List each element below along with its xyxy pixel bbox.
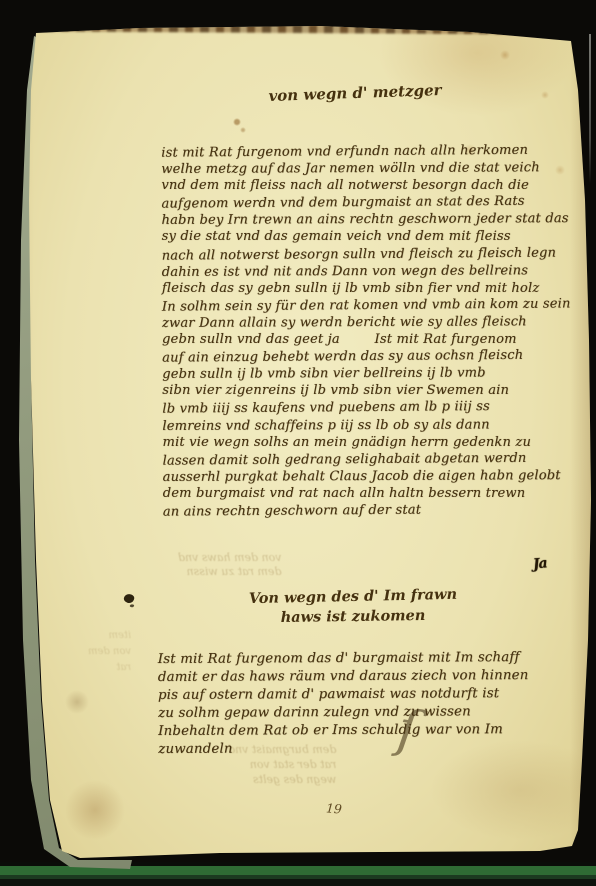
paragraph-2: Ist mit Rat furgenom das d' burgmaist mi… [158,649,529,759]
manuscript-line: dem burgmaist vnd rat nach alln haltn be… [163,485,572,502]
manuscript-line: lemreins vnd schaffeins p iij ss lb ob s… [162,416,571,435]
manuscript-line: an ains rechtn geschworn auf der stat [163,500,572,520]
manuscript-line: fleisch das sy gebn sulln ij lb vmb sibn… [162,280,571,297]
manuscript-line: ist mit Rat furgenom vnd erfundn nach al… [161,141,570,161]
manuscript-line: In solhm sein sy für den rat komen vnd v… [162,295,571,315]
manuscript-line: gebn sulln ij lb vmb sibn vier bellreins… [162,364,571,383]
manuscript-photo: von dem haws vnddem rat zu wissn dem bur… [0,0,596,886]
page-number: 19 [325,800,342,816]
manuscript-page: von dem haws vnddem rat zu wissn dem bur… [0,0,596,886]
manuscript-line: zwar Dann allain sy werdn bericht wie sy… [162,313,571,332]
marginal-ja-mark: Ja [532,555,547,572]
manuscript-line: auf ain einzug behebt werdn das sy aus o… [162,347,571,367]
manuscript-line: welhe metzg auf das Jar nemen wölln vnd … [161,159,570,178]
manuscript-line: pis auf ostern damit d' pawmaist was not… [158,685,529,705]
bleedthrough-line: rat der stat von [228,757,336,772]
book-fore-edge-line [589,34,591,184]
manuscript-line: Ist mit Rat furgenom das d' burgmaist mi… [158,649,529,669]
paragraph-1: ist mit Rat furgenom vnd erfundn nach al… [161,142,571,520]
page-top-edge-stain [30,22,575,34]
bleedthrough-line: von dem [88,644,131,660]
manuscript-line: sy die stat vnd das gemain veich vnd dem… [162,228,571,245]
manuscript-line: dahin es ist vnd nit ands Dann von wegn … [162,262,571,281]
manuscript-line: zu solhm gepaw darinn zulegn vnd zu wiss… [158,703,529,723]
section-heading-2-line1: Von wegn des d' Im frawn [248,586,458,607]
manuscript-line: damit er das haws räum vnd daraus ziech … [158,667,529,687]
section-heading-1: von wegn d' metzger [250,80,461,105]
manuscript-line: habn bey Irn trewn an ains rechtn geschw… [161,210,570,229]
manuscript-line: gebn sulln vnd das geet ja Ist mit Rat f… [162,331,571,348]
ink-blot [123,593,135,605]
manuscript-line: vnd dem mit fleiss nach all notwerst bes… [161,177,570,194]
bleedthrough-line: wegn des gelts [228,772,336,787]
bleedthrough-line: rat [88,660,131,676]
ink-bleedthrough-block: itemvon demrat [88,628,131,676]
ink-bleedthrough-block: von dem haws vnddem rat zu wissn [178,551,281,579]
manuscript-line: nach all notwerst besorgn sulln vnd flei… [162,244,571,264]
bleedthrough-line: item [88,628,131,644]
manuscript-line: aufgenom werdn vnd dem burgmaist an stat… [161,193,570,213]
manuscript-line: Inbehaltn dem Rat ob er Ims schuldig war… [158,721,529,741]
bleedthrough-line: von dem haws vnd [178,551,281,565]
section-heading-2-line2: haws ist zukomen [248,607,458,627]
manuscript-line: sibn vier zigenreins ij lb vmb sibn vier… [162,382,571,399]
manuscript-line: ausserhl purgkat behalt Claus Jacob die … [163,467,572,486]
manuscript-line: lassen damit solh gedrang selighabait ab… [162,449,571,469]
bleedthrough-line: dem rat zu wissn [178,565,281,579]
manuscript-line: zuwandeln [158,739,529,759]
manuscript-line: mit vie wegn solhs an mein gnädign herrn… [162,434,571,451]
